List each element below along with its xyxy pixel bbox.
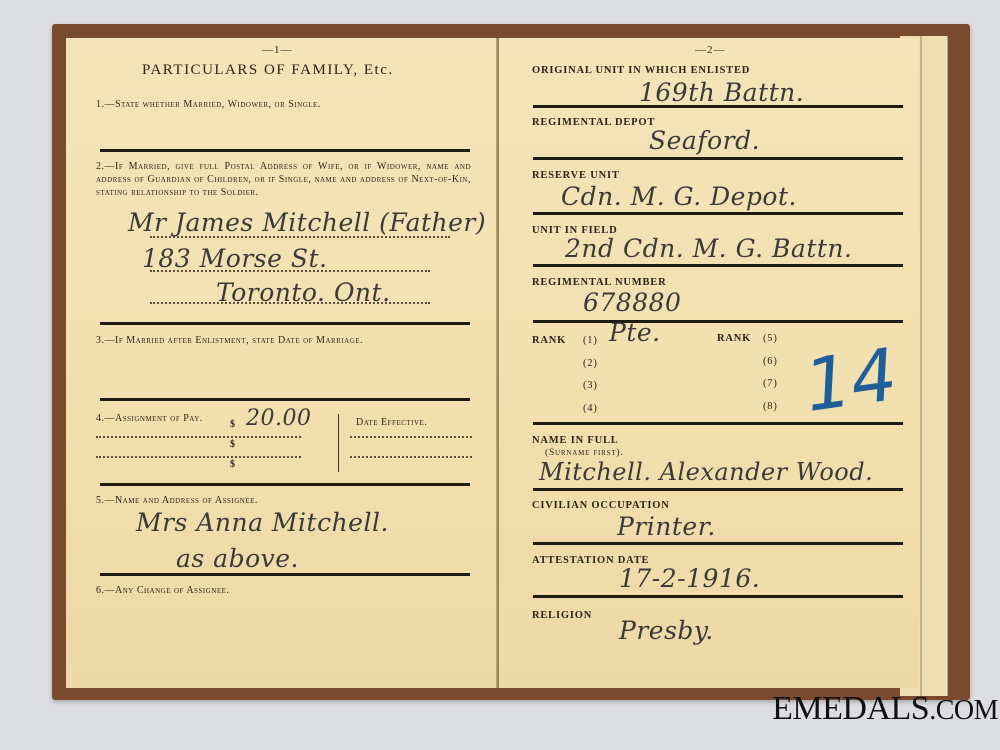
divider [533,157,903,160]
page-title: PARTICULARS OF FAMILY, Etc. [142,62,394,79]
divider [533,595,903,598]
item-5-label: 5.—Name and Address of Assignee. [96,494,258,507]
rank-slot: (5) [763,332,778,345]
civilian-occupation-value: Printer. [617,512,716,541]
divider [100,322,470,325]
item-2-label: 2.—If Married, give full Postal Address … [96,160,471,199]
rank-slot: (3) [583,379,598,392]
original-unit-value: 169th Battn. [639,78,804,107]
assignee-name: Mrs Anna Mitchell. [136,508,389,537]
rank-slot: (6) [763,355,778,368]
right-page: —2— ORIGINAL UNIT IN WHICH ENLISTED 169t… [499,38,919,688]
divider [533,264,903,267]
next-of-kin-street: 183 Morse St. [142,244,327,273]
divider [533,542,903,545]
rank-1-value: Pte. [609,318,661,347]
regimental-depot-label: REGIMENTAL DEPOT [532,116,655,129]
regimental-depot-value: Seaford. [649,126,760,155]
rank-slot: (4) [583,402,598,415]
dollar-sign: $ [230,458,235,471]
divider [100,573,470,576]
dotted-line [150,302,430,304]
dotted-line [350,456,472,458]
divider [533,488,903,491]
rank-slot: (2) [583,357,598,370]
dotted-line [96,436,301,438]
rank-slot: (8) [763,400,778,413]
rank-slot: (7) [763,377,778,390]
next-of-kin-name: Mr James Mitchell (Father) [128,208,486,237]
rank-label-right: RANK [717,332,751,345]
item-1-label: 1.—State whether Married, Widower, or Si… [96,98,476,111]
rank-slot: (1) [583,334,598,347]
date-effective-label: Date Effective. [356,416,427,429]
divider [533,105,903,108]
item-3-label: 3.—If Married after Enlistment, state Da… [96,334,476,347]
civilian-occupation-label: CIVILIAN OCCUPATION [532,499,670,512]
religion-value: Presby. [619,616,714,645]
name-in-full-value: Mitchell. Alexander Wood. [539,458,873,486]
reserve-unit-label: RESERVE UNIT [532,169,620,182]
unit-in-field-value: 2nd Cdn. M. G. Battn. [565,234,852,263]
divider [100,483,470,486]
left-page: —1— PARTICULARS OF FAMILY, Etc. 1.—State… [66,38,498,688]
dollar-sign: $ [230,418,235,431]
religion-label: RELIGION [532,609,592,622]
assignee-address: as above. [176,544,299,573]
blue-pencil-annotation: 14 [800,332,902,428]
divider [100,149,470,152]
original-unit-label: ORIGINAL UNIT IN WHICH ENLISTED [532,64,750,77]
item-4-label: 4.—Assignment of Pay. [96,412,203,425]
reserve-unit-value: Cdn. M. G. Depot. [561,182,797,211]
pay-amount: 20.00 [246,406,311,431]
dotted-line [96,456,301,458]
name-in-full-label: NAME IN FULL [532,434,619,447]
rank-label-left: RANK [532,334,566,347]
regimental-number-value: 678880 [583,288,681,317]
divider [533,320,903,323]
divider [533,212,903,215]
item-6-label: 6.—Any Change of Assignee. [96,584,229,597]
dollar-sign: $ [230,438,235,451]
emedals-watermark: EMEDALS.COM [772,690,998,728]
column-divider [338,414,339,472]
attestation-date-value: 17-2-1916. [619,564,760,593]
page-number: —2— [695,44,726,56]
divider [100,398,470,401]
dotted-line [150,270,430,272]
dotted-line [150,236,450,238]
page-number: —1— [262,44,293,56]
dotted-line [350,436,472,438]
divider [533,422,903,425]
